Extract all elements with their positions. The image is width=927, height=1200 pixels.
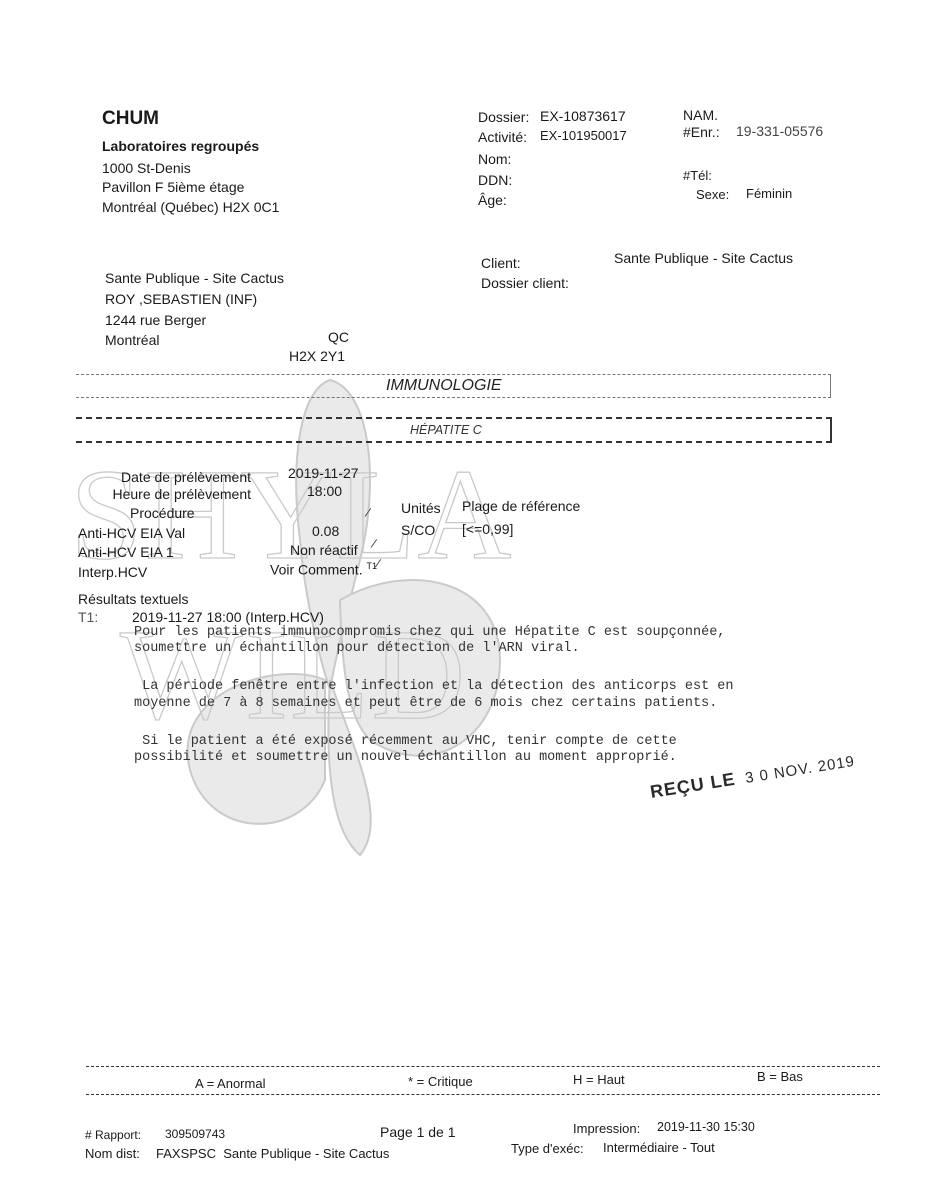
sexe-label: Sexe: xyxy=(696,187,729,202)
legend-item: * = Critique xyxy=(408,1074,473,1089)
result-value: Non réactif xyxy=(290,542,358,558)
department-header: IMMUNOLOGIE xyxy=(76,374,831,398)
text-results-heading: Résultats textuels xyxy=(78,591,189,607)
check-mark-icon: / xyxy=(364,505,373,520)
stamp-label: REÇU LE xyxy=(649,769,737,802)
comment-line: La période fenêtre entre l'infection et … xyxy=(134,679,734,694)
date-label: Date de prélèvement xyxy=(90,469,251,485)
legend-item: B = Bas xyxy=(757,1069,803,1084)
nom-dist-label: Nom dist: xyxy=(85,1146,140,1161)
procedure-header: Procédure xyxy=(130,505,195,521)
test-group-header: HÉPATITE C xyxy=(76,417,832,443)
procedure-name: Interp.HCV xyxy=(78,564,147,580)
date-value: 2019-11-27 xyxy=(288,465,359,481)
procedure-name: Anti-HCV EIA Val xyxy=(78,525,185,541)
type-exec-label: Type d'exéc: xyxy=(511,1141,584,1156)
legend-item: H = Haut xyxy=(573,1072,625,1087)
lab-address-line: 1000 St-Denis xyxy=(102,160,191,176)
recipient-line: ROY ,SEBASTIEN (INF) xyxy=(105,291,257,307)
result-reference: [<=0,99] xyxy=(462,521,513,537)
nom-label: Nom: xyxy=(478,151,511,167)
text-result-timestamp: 2019-11-27 18:00 (Interp.HCV) xyxy=(132,609,324,625)
client-label: Client: xyxy=(481,255,521,271)
recipient-postal: H2X 2Y1 xyxy=(289,348,345,364)
nam-label: NAM. xyxy=(683,107,718,123)
enr-label: #Enr.: xyxy=(683,124,720,140)
check-mark-icon: / xyxy=(374,556,383,571)
recipient-line: Sante Publique - Site Cactus xyxy=(105,270,284,286)
result-value: 0.08 xyxy=(312,523,339,539)
procedure-name: Anti-HCV EIA 1 xyxy=(78,544,174,560)
result-value-text: Voir Comment. xyxy=(270,562,363,578)
recipient-line: 1244 rue Berger xyxy=(105,312,206,328)
dossier-value: EX-10873617 xyxy=(540,108,626,124)
time-label: Heure de prélèvement xyxy=(90,486,251,502)
page-indicator: Page 1 de 1 xyxy=(380,1124,456,1140)
sexe-value: Féminin xyxy=(746,186,792,201)
reference-header: Plage de référence xyxy=(462,498,580,514)
activite-label: Activité: xyxy=(478,129,527,145)
type-exec-value: Intermédiaire - Tout xyxy=(603,1140,715,1155)
tel-label: #Tél: xyxy=(683,168,712,183)
dossier-label: Dossier: xyxy=(478,109,529,125)
nom-dist-value: FAXSPSC Sante Publique - Site Cactus xyxy=(156,1146,389,1161)
ddn-label: DDN: xyxy=(478,172,512,188)
rapport-label: # Rapport: xyxy=(85,1128,141,1142)
rapport-value: 309509743 xyxy=(165,1127,225,1141)
recipient-province: QC xyxy=(328,329,349,345)
impression-label: Impression: xyxy=(573,1121,640,1136)
received-stamp: REÇU LE3 0 NOV. 2019 xyxy=(649,750,857,803)
comment-line: soumettre un échantillon pour détection … xyxy=(134,641,580,656)
impression-value: 2019-11-30 15:30 xyxy=(657,1120,755,1134)
stamp-date: 3 0 NOV. 2019 xyxy=(744,753,856,787)
check-mark-icon: / xyxy=(370,536,379,551)
comment-line: Si le patient a été exposé récemment au … xyxy=(134,734,677,749)
legend-bottom-rule xyxy=(86,1094,880,1095)
comment-line: Pour les patients immunocompromis chez q… xyxy=(134,625,725,640)
age-label: Âge: xyxy=(478,192,507,208)
client-value: Sante Publique - Site Cactus xyxy=(614,250,793,266)
comment-line: moyenne de 7 à 8 semaines et peut être d… xyxy=(134,696,717,711)
time-value: 18:00 xyxy=(307,483,342,499)
enr-value: 19-331-05576 xyxy=(736,123,823,139)
test-group-title: HÉPATITE C xyxy=(410,423,482,437)
dossier-client-label: Dossier client: xyxy=(481,275,569,291)
activite-value: EX-101950017 xyxy=(540,128,627,143)
text-result-tag: T1: xyxy=(78,609,98,625)
department-title: IMMUNOLOGIE xyxy=(386,377,502,395)
lab-subtitle: Laboratoires regroupés xyxy=(102,138,259,154)
units-header: Unités xyxy=(401,500,441,516)
lab-name: CHUM xyxy=(102,108,159,130)
recipient-line: Montréal xyxy=(105,332,159,348)
legend-top-rule xyxy=(86,1066,880,1067)
result-value: Voir Comment. T1 xyxy=(270,561,377,578)
result-units: S/CO xyxy=(401,522,435,538)
comment-line: possibilité et soumettre un nouvel échan… xyxy=(134,750,677,765)
legend-item: A = Anormal xyxy=(195,1076,265,1091)
lab-address-line: Pavillon F 5ième étage xyxy=(102,179,244,195)
lab-address-line: Montréal (Québec) H2X 0C1 xyxy=(102,199,279,215)
